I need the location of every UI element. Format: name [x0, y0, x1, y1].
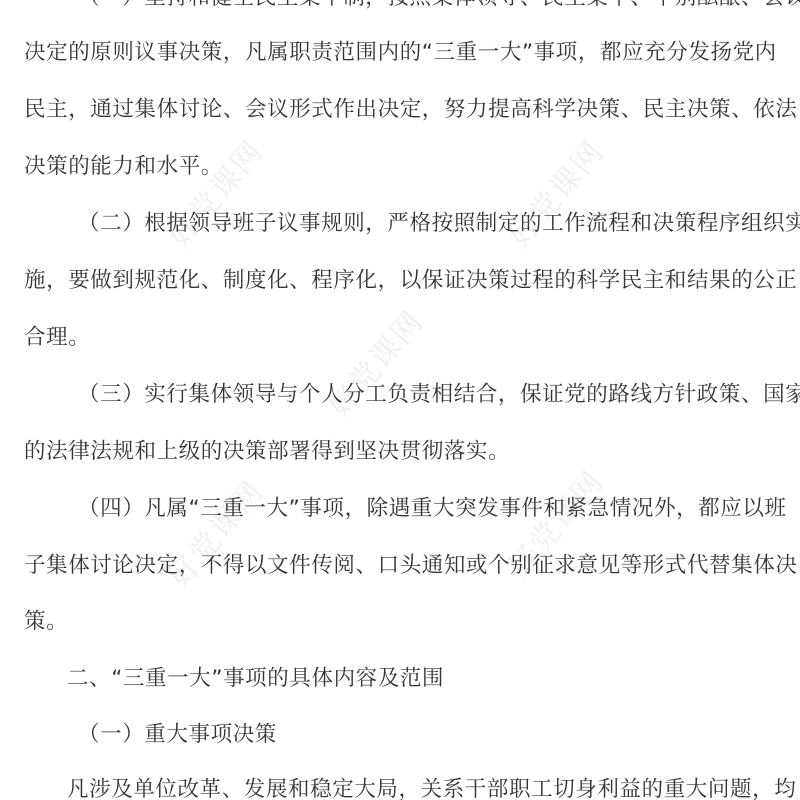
paragraph-1-line-3: 民主，通过集体讨论、会议形式作出决定，努力提高科学决策、民主决策、依法 [24, 95, 784, 125]
paragraph-5-line-1: 凡涉及单位改革、发展和稳定大局，关系干部职工切身利益的重大问题，均 [67, 775, 800, 800]
paragraph-4-line-3: 策。 [24, 607, 784, 637]
document-page: 好党课网 好党课网 好党课网 好党课网 好党课网 （一）坚持和健全民主集中制，按… [0, 0, 800, 800]
section-heading: 二、“三重一大”事项的具体内容及范围 [67, 664, 800, 694]
paragraph-4-line-1: （四）凡属“三重一大”事项，除遇重大突发事件和紧急情况外，都应以班 [78, 494, 800, 524]
paragraph-1-line-4: 决策的能力和水平。 [24, 152, 784, 182]
paragraph-1-line-1: （一）坚持和健全民主集中制，按照集体领导、民主集中、个别酝酿、会议 [78, 0, 800, 13]
paragraph-2-line-1: （二）根据领导班子议事规则，严格按照制定的工作流程和决策程序组织实 [78, 209, 800, 239]
paragraph-4-line-2: 子集体讨论决定，不得以文件传阅、口头通知或个别征求意见等形式代替集体决 [24, 551, 784, 581]
paragraph-1-line-2: 决定的原则议事决策，凡属职责范围内的“三重一大”事项，都应充分发扬党内 [24, 38, 784, 68]
paragraph-2-line-2: 施，要做到规范化、制度化、程序化，以保证决策过程的科学民主和结果的公正 [24, 266, 784, 296]
paragraph-3-line-2: 的法律法规和上级的决策部署得到坚决贯彻落实。 [24, 437, 784, 467]
paragraph-3-line-1: （三）实行集体领导与个人分工负责相结合，保证党的路线方针政策、国家 [78, 380, 800, 410]
paragraph-2-line-3: 合理。 [24, 323, 784, 353]
subsection-heading: （一）重大事项决策 [78, 720, 800, 750]
